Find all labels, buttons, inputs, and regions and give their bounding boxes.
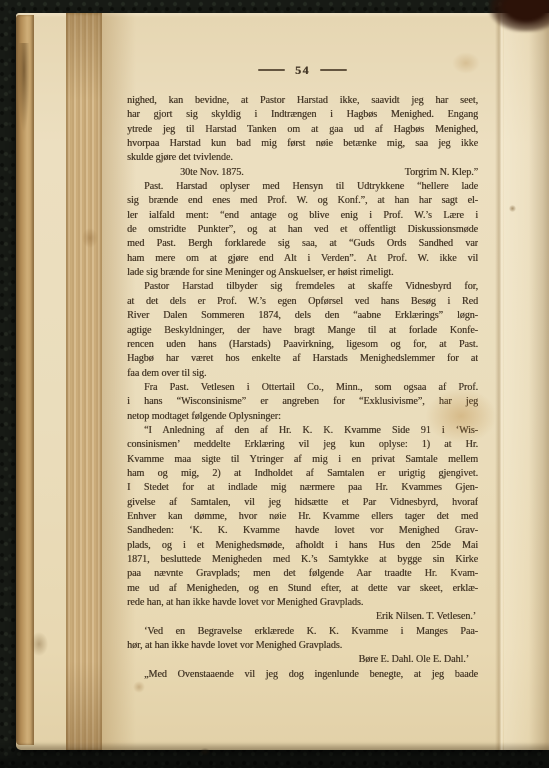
text-line: agtige Beskyldninger, der have bragt Man… [127,324,478,338]
body-text: nighed, kan bevidne, at Pastor Harstad i… [127,94,478,682]
bottom-shadow [0,742,549,768]
book-page: 54 nighed, kan bevidne, at Pastor Harsta… [16,13,549,750]
page-crease [495,13,504,750]
text-line: Kvamme maa sigte til Ytringer af mig i e… [127,453,478,467]
text-line: nighed, kan bevidne, at Pastor Harstad i… [127,94,478,108]
cover-corner-stain [489,0,549,32]
text-line: rencen uden hans (Harstads) Paavirkning,… [127,338,478,352]
date-signature-line: 30te Nov. 1875.Torgrim N. Klep.” [127,166,478,180]
text-line: River Dalen Sommeren 1874, dels den “aab… [127,309,478,323]
text-line: „Med Ovenstaaende vil jeg dog ingenlunde… [127,668,478,682]
text-line: ham og mig, 2) at Indholdet af Samtalen … [127,467,478,481]
page-stack-edge-outer [16,15,34,745]
text-line: Fra Past. Vetlesen i Ottertail Co., Minn… [127,381,478,395]
text-line: hør, at han ikke havde lovet vor Menighe… [127,639,478,653]
text-line: sig brænde end enes med Prof. W. og Konf… [127,194,478,208]
header-rule-left [258,69,285,71]
text-line: ham mere om at gjøre end Alt i Verden”. … [127,252,478,266]
text-line: rede han, at han ikke havde lovet vor Me… [127,596,478,610]
text-line: faa dem over til sig. [127,367,478,381]
text-line: Hagbø har været hos enkelte af Harstads … [127,352,478,366]
text-line: ‘Ved en Begravelse erklærede K. K. Kvamm… [127,625,478,639]
text-line: med Past. Bergh forklarede sig saa, at “… [127,237,478,251]
text-line: de omstridte Punkter”, og at han ved et … [127,223,478,237]
text-line: consinismen’ meddelte Erklæring vil jeg … [127,438,478,452]
text-line: Past. Harstad oplyser med Hensyn til Udt… [127,180,478,194]
scanned-book-photo: 54 nighed, kan bevidne, at Pastor Harsta… [0,0,549,768]
text-line: netop modtaget følgende Oplysninger: [127,410,478,424]
text-line: hvorpaa Harstad kun bad mig først nøie b… [127,137,478,151]
text-line: lade sig brænde for sine Meninger og Ans… [127,266,478,280]
fore-edge-highlight [504,13,549,750]
page-number: 54 [295,63,310,78]
text-line: 1871, besluttede Menigheden med K.’s Sam… [127,553,478,567]
text-line: har gjort sig skyldig i Indtrængen i Hag… [127,108,478,122]
header-rule-right [320,69,347,71]
text-line: skulde gjøre det tvivlende. [127,151,478,165]
text-line: Sandheden: ‘K. K. Kvamme havde lovet vor… [127,524,478,538]
text-line: at det dels er Prof. W.’s egen Opførsel … [127,295,478,309]
text-line: i hans “Wisconsinisme” er angreben for “… [127,395,478,409]
text-line: plads, og i et Menighedsmøde, afholdt i … [127,539,478,553]
text-line: paa nævnte Gravplads; men det følgende A… [127,567,478,581]
text-line: givelse af Samtalen, vil jeg hidsætte et… [127,496,478,510]
text-line: ytrede jeg til Harstad Tanken om at gaa … [127,123,478,137]
text-line: I Stedet for at indlade mig nærmere paa … [127,481,478,495]
text-line: me ud af Menigheden, og en Stund efter, … [127,582,478,596]
page-stack-edge-inner [66,13,102,750]
text-line: Enhver kan dømme, hvor nøie Hr. Kvamme e… [127,510,478,524]
date-text: 30te Nov. 1875. [180,166,244,180]
text-line: Erik Nilsen. T. Vetlesen.’ [127,610,478,624]
text-line: Børe E. Dahl. Ole E. Dahl.’ [127,653,478,667]
text-line: “I Anledning af den af Hr. K. K. Kvamme … [127,424,478,438]
text-line: Pastor Harstad tilbyder sig fremdeles at… [127,280,478,294]
text-line: ler ialfald ment: “end antage og blive e… [127,209,478,223]
page-header: 54 [127,62,478,78]
signature-text: Torgrim N. Klep.” [405,166,478,180]
